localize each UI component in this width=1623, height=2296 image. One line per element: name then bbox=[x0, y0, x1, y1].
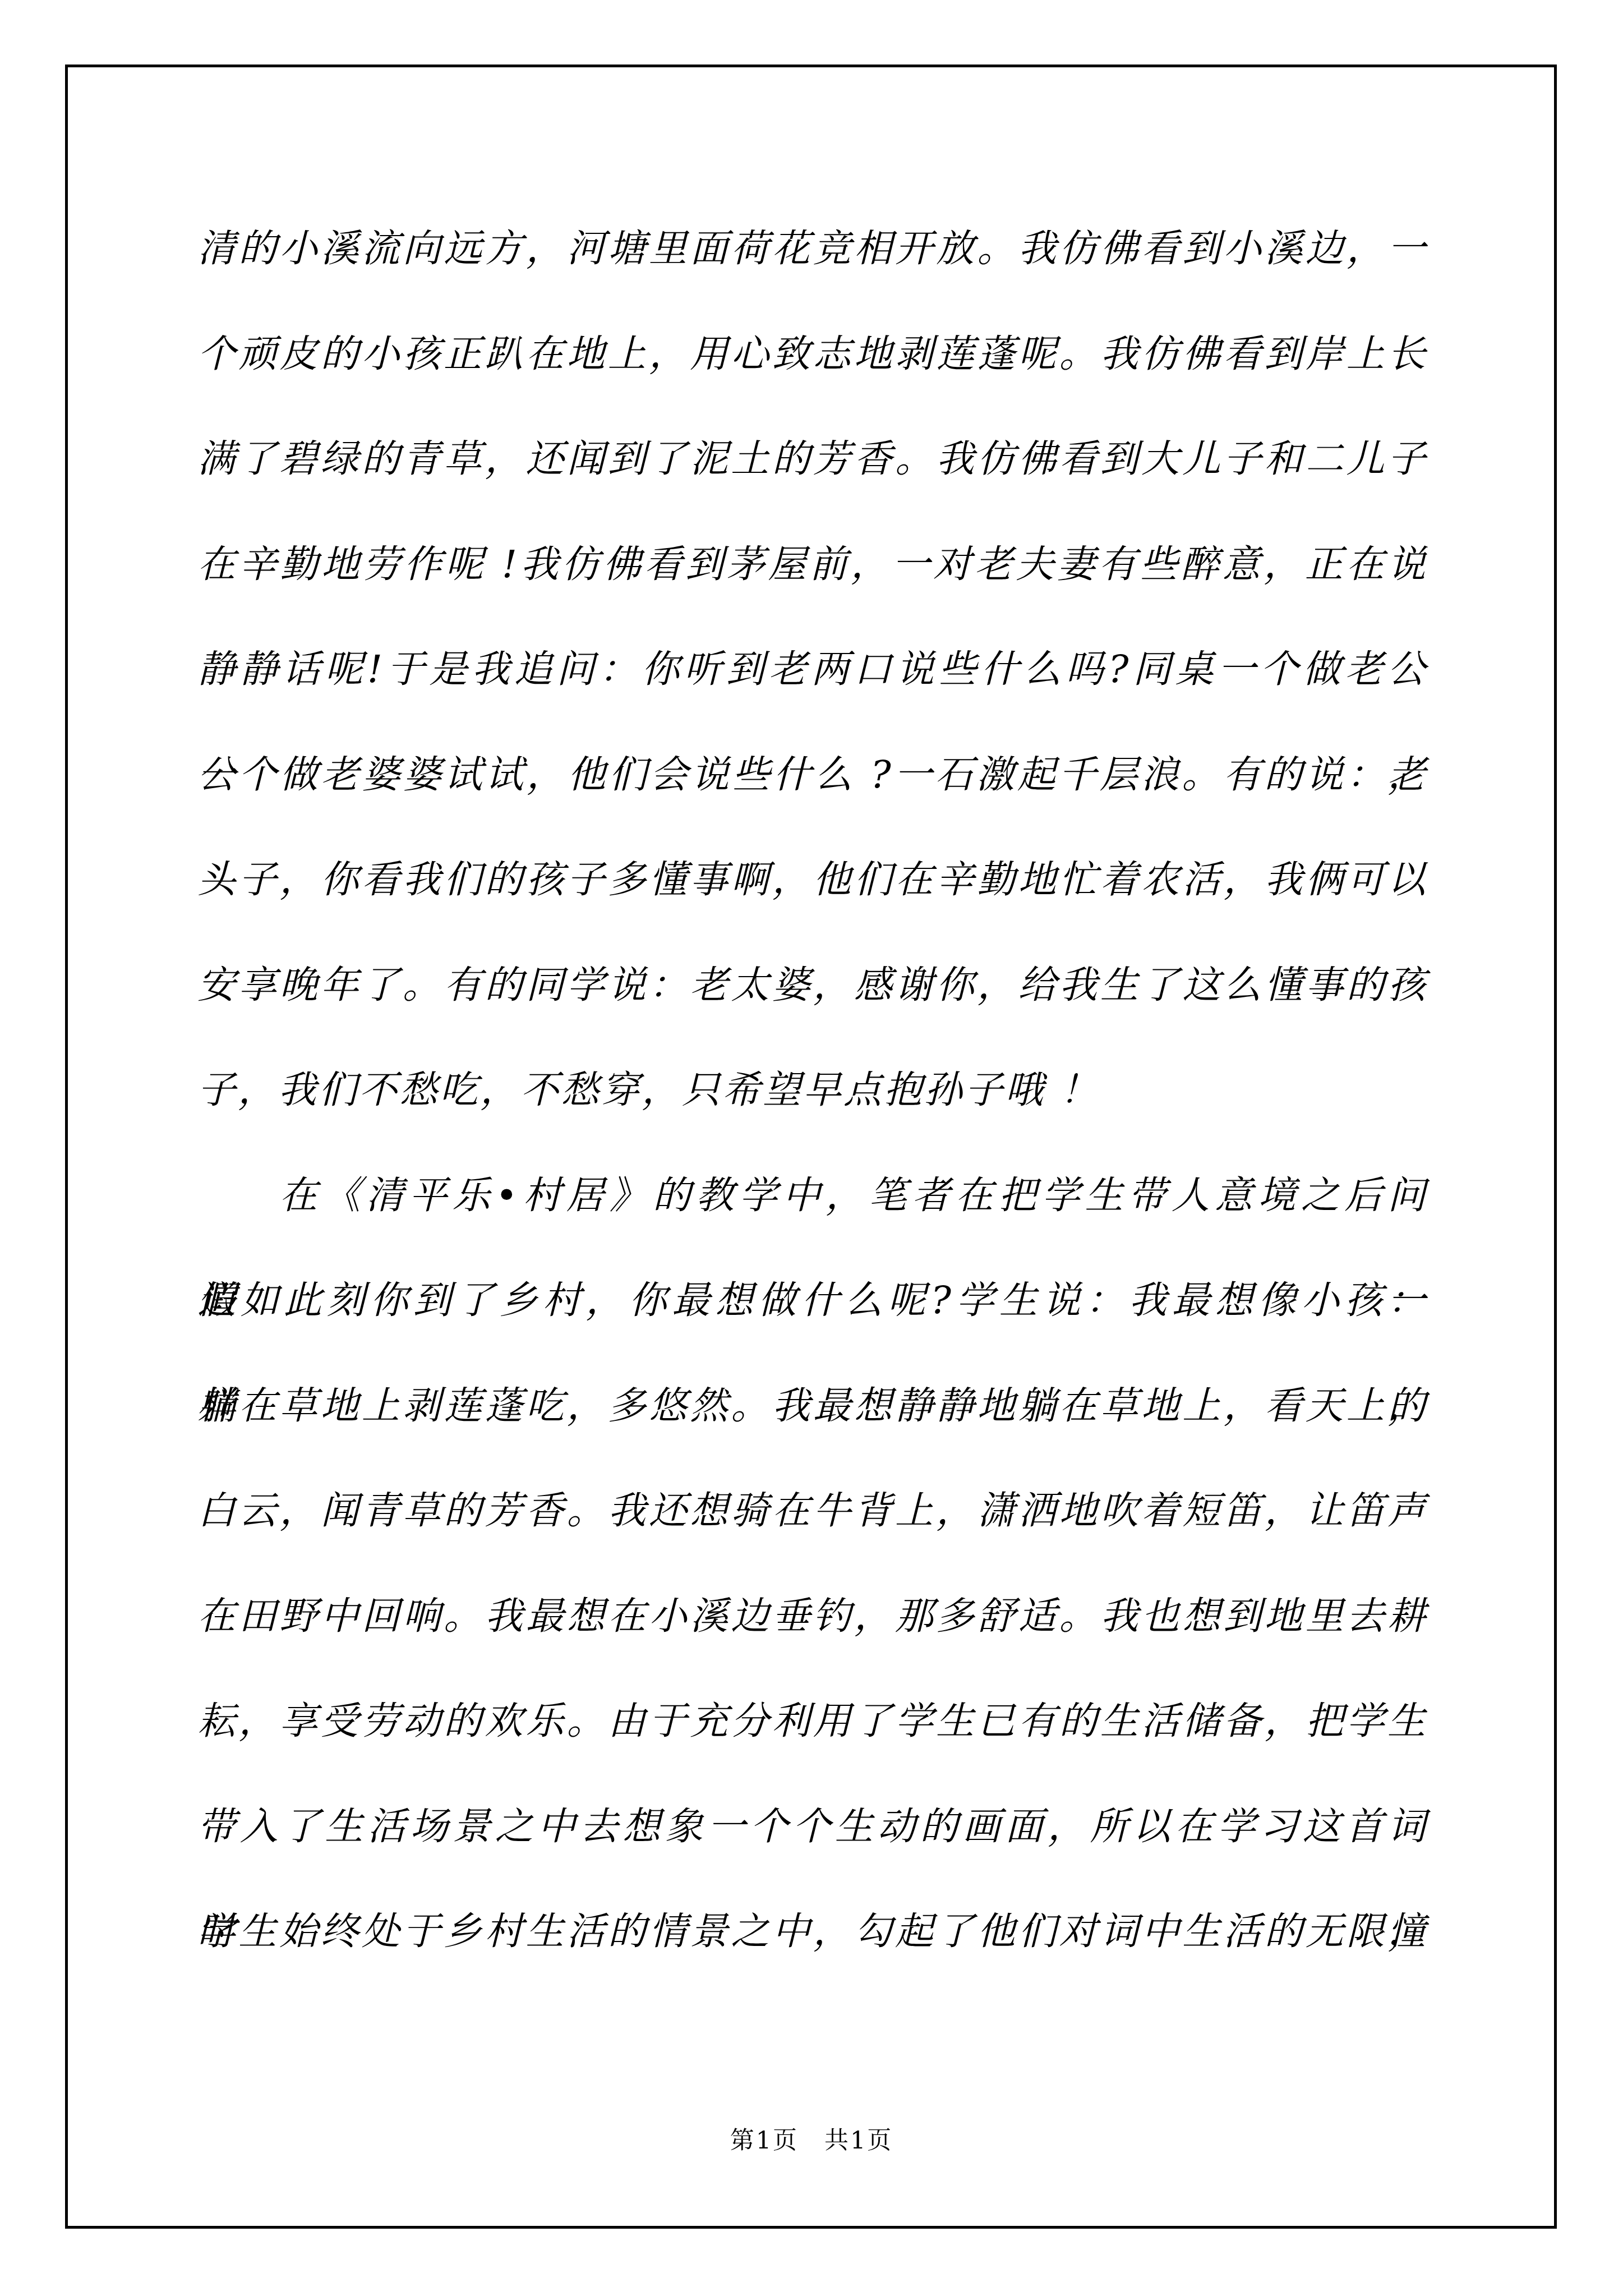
text-line: 在田野中回响。我最想在小溪边垂钓，那多舒适。我也想到地里去耕 bbox=[197, 1564, 1428, 1669]
page-footer: 第1页 共1页 bbox=[0, 2122, 1623, 2156]
text-line: 带入了生活场景之中去想象一个个生动的画面，所以在学习这首词时， bbox=[197, 1774, 1428, 1880]
body-text: 清的小溪流向远方，河塘里面荷花竞相开放。我仿佛看到小溪边，一个顽皮的小孩正趴在地… bbox=[197, 196, 1428, 1985]
text-line: 躺在草地上剥莲蓬吃，多悠然。我最想静静地躺在草地上，看天上的 bbox=[197, 1354, 1428, 1459]
text-line: 一个做老婆婆试试，他们会说些什么 ?一石激起千层浪。有的说：老 bbox=[197, 723, 1428, 828]
text-line: 在辛勤地劳作呢 !我仿佛看到茅屋前，一对老夫妻有些醉意，正在说 bbox=[197, 512, 1428, 618]
text-line: 静静话呢!于是我追问：你听到老两口说些什么吗?同桌一个做老公公， bbox=[197, 617, 1428, 723]
text-line: 个顽皮的小孩正趴在地上，用心致志地剥莲蓬呢。我仿佛看到岸上长 bbox=[197, 302, 1428, 407]
text-line: 满了碧绿的青草，还闻到了泥土的芳香。我仿佛看到大儿子和二儿子 bbox=[197, 407, 1428, 512]
text-line: 在《清平乐•村居》的教学中，笔者在把学生带人意境之后问道： bbox=[197, 1143, 1428, 1249]
text-line: 学生始终处于乡村生活的情景之中，勾起了他们对词中生活的无限憧 bbox=[197, 1879, 1428, 1985]
page-number-label: 第1页 共1页 bbox=[730, 2127, 893, 2155]
text-line: 安享晚年了。有的同学说：老太婆，感谢你，给我生了这么懂事的孩 bbox=[197, 933, 1428, 1038]
text-line: 子，我们不愁吃，不愁穿，只希望早点抱孙子哦 ！ bbox=[197, 1038, 1428, 1143]
text-line: 耘，享受劳动的欢乐。由于充分利用了学生已有的生活储备，把学生 bbox=[197, 1669, 1428, 1774]
text-line: 头子，你看我们的孩子多懂事啊，他们在辛勤地忙着农活，我俩可以 bbox=[197, 827, 1428, 933]
text-line: 假如此刻你到了乡村，你最想做什么呢?学生说：我最想像小孩一样， bbox=[197, 1248, 1428, 1354]
text-line: 清的小溪流向远方，河塘里面荷花竞相开放。我仿佛看到小溪边，一 bbox=[197, 196, 1428, 302]
document-page: { "document": { "paragraphs": [ { "first… bbox=[0, 0, 1623, 2296]
text-line: 白云，闻青草的芳香。我还想骑在牛背上，潇洒地吹着短笛，让笛声 bbox=[197, 1458, 1428, 1564]
